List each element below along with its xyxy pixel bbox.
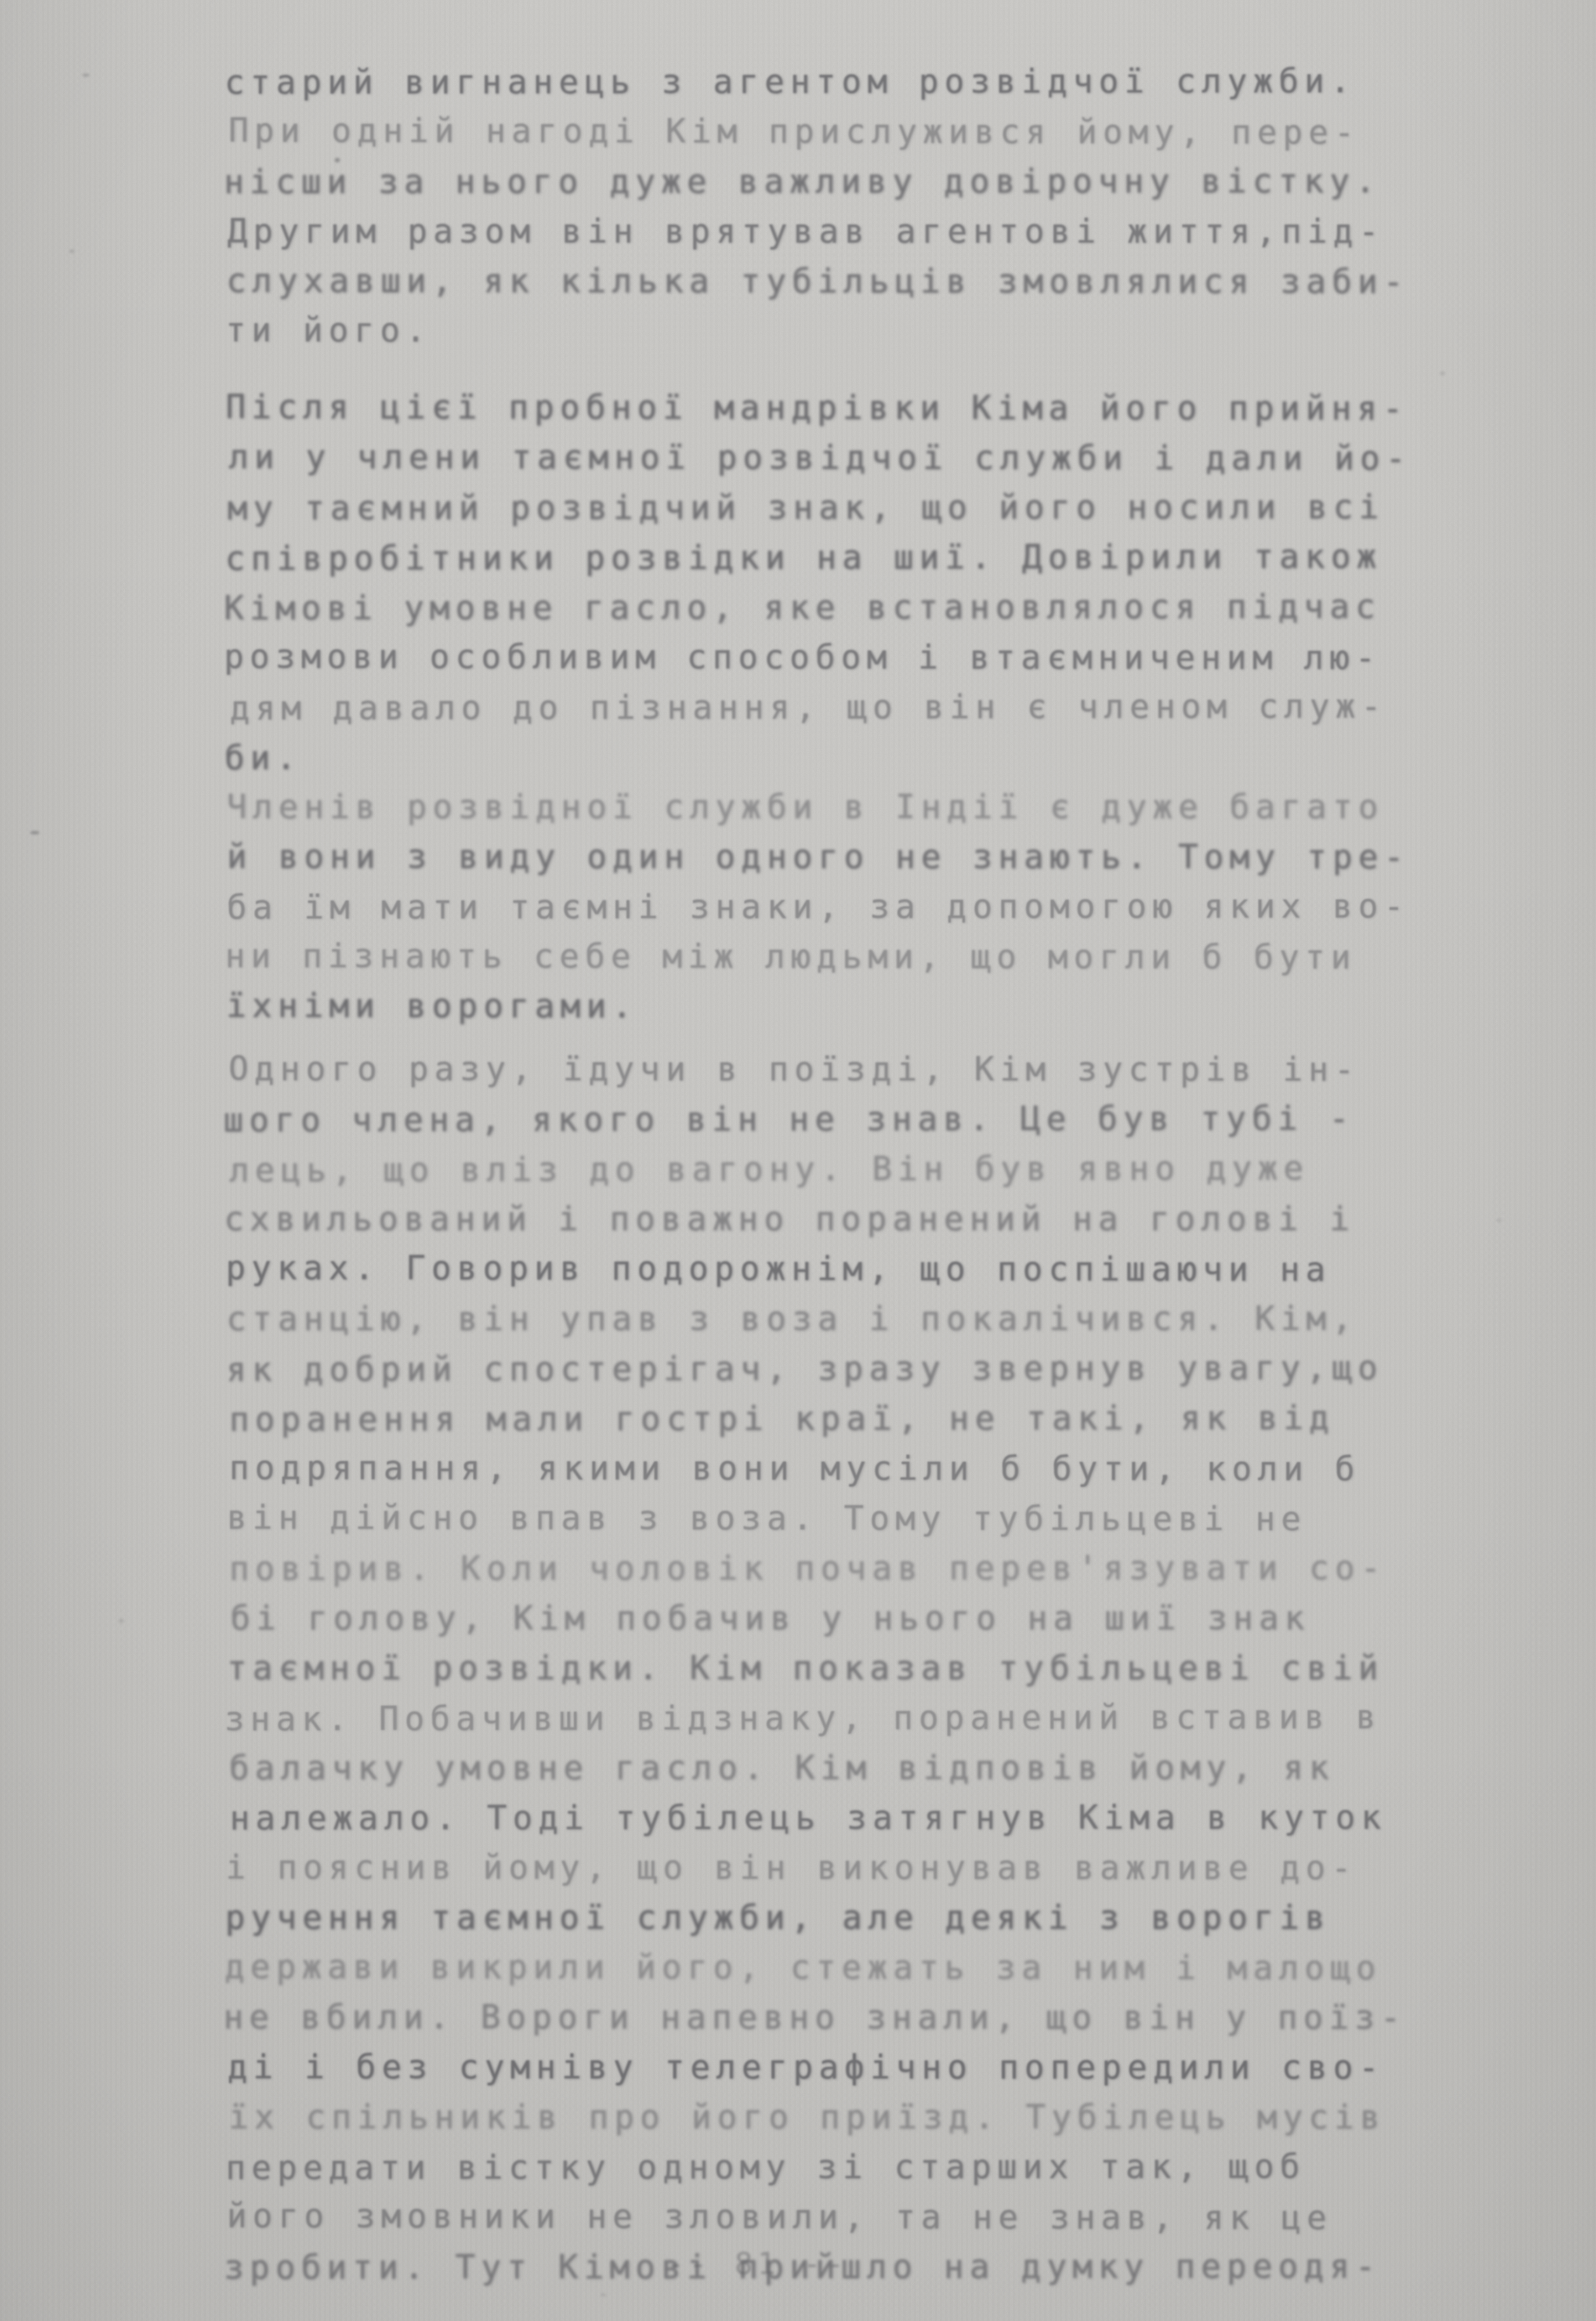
text-line: ді і без сумніву телеграфічно попередили… — [227, 2042, 1481, 2093]
text-line: схвильований і поважно поранений на голо… — [224, 1194, 1477, 1244]
text-line: співробітники розвідки на шиї. Довірили … — [225, 532, 1478, 584]
text-line: Кімові умовне гасло, яке встановлялося п… — [224, 581, 1477, 633]
text-line: Членів розвідної служби в Індії є дуже б… — [227, 782, 1480, 832]
text-line: станцію, він упав з воза і покалічився. … — [226, 1294, 1479, 1344]
text-line: Після цієї пробної мандрівки Кіма його п… — [226, 382, 1479, 434]
text-line: Другим разом він врятував агентові життя… — [227, 207, 1481, 256]
text-line: не вбили. Вороги напевно знали, що він у… — [223, 1993, 1476, 2043]
text-line: ли у члени таємної розвідчої служби і да… — [229, 432, 1482, 484]
text-line: ти його. — [226, 305, 1479, 357]
text-line: ни пізнають себе між людьми, що могли б … — [225, 931, 1478, 983]
text-line: нісши за нього дуже важливу довірочну ві… — [224, 156, 1477, 207]
text-line: би. — [225, 731, 1478, 783]
text-line: передати вістку одному зі старших так, щ… — [226, 2142, 1479, 2193]
text-line: держави викрили його, стежать за ним і м… — [225, 1942, 1478, 1993]
paper-speck — [82, 74, 89, 77]
paragraph: Після цієї пробної мандрівки Кіма його п… — [226, 383, 1479, 782]
scanned-page: старий вигнанець з агентом розвідчої слу… — [0, 0, 1596, 2321]
paper-speck — [1497, 1219, 1501, 1222]
text-line: Одного разу, їдучи в поїзді, Кім зустрів… — [229, 1044, 1482, 1094]
paragraph: Членів розвідної служби в Індії є дуже б… — [226, 782, 1479, 1032]
text-line: ба їм мати таємні знаки, за допомогою як… — [227, 881, 1480, 932]
text-line: і пояснив йому, що він виконував важливе… — [226, 1842, 1479, 1893]
paragraph: Одного разу, їдучи в поїзді, Кім зустрів… — [226, 1044, 1479, 2292]
text-line: таємної розвідки. Кім показав тубільцеві… — [227, 1643, 1480, 1693]
text-line: повірив. Коли чоловік почав перев'язуват… — [229, 1543, 1482, 1594]
text-line: подряпання, якими вони мусіли б бути, ко… — [229, 1443, 1482, 1494]
paper-speck — [1440, 371, 1445, 375]
text-line: му таємний розвідчий знак, що його носил… — [227, 482, 1481, 533]
paper-speck — [119, 1619, 124, 1623]
text-line: старий вигнанець з агентом розвідчої слу… — [225, 56, 1478, 108]
paragraph: старий вигнанець з агентом розвідчої слу… — [226, 57, 1479, 356]
text-line: він дійсно впав з воза. Тому тубільцеві … — [227, 1492, 1480, 1544]
text-line: належало. Тоді тубілець затягнув Кіма в … — [230, 1792, 1483, 1843]
text-line: його змовники не зловили, та не знав, як… — [227, 2191, 1480, 2243]
paper-speck — [70, 250, 74, 253]
text-line: розмови особливим способом і втаємничени… — [224, 632, 1477, 683]
text-line: їх спільників про його приїзд. Тубілець … — [229, 2092, 1482, 2142]
paper-speck — [30, 831, 39, 834]
page-text: старий вигнанець з агентом розвідчої слу… — [226, 57, 1479, 2292]
text-line: знак. Побачивши відзнаку, поранений вста… — [225, 1692, 1478, 1744]
text-line: дям давало до пізнання, що він є членом … — [230, 681, 1483, 733]
paper-speck — [600, 2293, 606, 2297]
text-line: поранення мали гострі краї, не такі, як … — [229, 1393, 1482, 1444]
text-line: руках. Говорив подорожнім, що поспішаючи… — [226, 1243, 1479, 1295]
text-line: балачку умовне гасло. Кім відповів йому,… — [229, 1743, 1482, 1794]
text-line: як добрий спостерігач, зразу звернув ува… — [226, 1343, 1479, 1394]
text-line: й вони з виду один одного не знають. Том… — [227, 832, 1480, 883]
paper-speck — [335, 158, 340, 162]
text-line: бі голову, Кім побачив у нього на шиї зн… — [230, 1593, 1483, 1643]
page-number: -- 81 -- — [0, 2247, 1555, 2282]
text-line: При одній нагоді Кім прислужився йому, п… — [229, 106, 1482, 158]
text-line: шого члена, якого він не знав. Це був ту… — [223, 1093, 1476, 1145]
text-line: лець, що вліз до вагону. Він був явно ду… — [229, 1143, 1482, 1195]
text-line: їхніми ворогами. — [226, 981, 1479, 1032]
text-line: ручення таємної служби, але деякі з воро… — [225, 1893, 1478, 1943]
text-line: слухавши, як кілька тубільців змовлялися… — [226, 256, 1479, 307]
